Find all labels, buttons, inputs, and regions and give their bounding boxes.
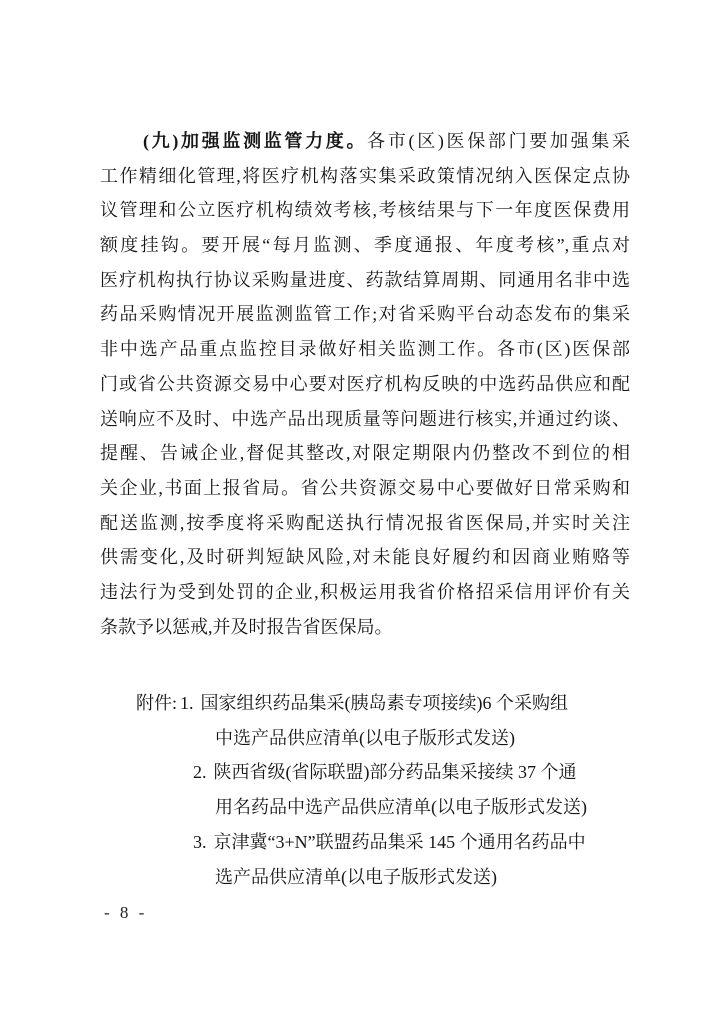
attachment-3-line-1: 3.京津冀“3+N”联盟药品集采 145 个通用名药品中 bbox=[193, 825, 586, 860]
main-paragraph: (九)加强监测监管力度。各市(区)医保部门要加强集采 工作精细化管理,将医疗机构… bbox=[100, 124, 630, 644]
attachment-2-line-2: 用名药品中选产品供应清单(以电子版形式发送) bbox=[215, 790, 587, 825]
paragraph-line-3: 议管理和公立医疗机构绩效考核,考核结果与下一年度医保费用 bbox=[100, 193, 630, 228]
paragraph-line-11: 关企业,书面上报省局。省公共资源交易中心要做好日常采购和 bbox=[100, 471, 630, 506]
attachment-3-text: 京津冀“3+N”联盟药品集采 145 个通用名药品中 bbox=[214, 832, 586, 852]
paragraph-line-6: 药品采购情况开展监测监管工作;对省采购平台动态发布的集采 bbox=[100, 297, 630, 332]
paragraph-line-14: 违法行为受到处罚的企业,积极运用我省价格招采信用评价有关 bbox=[100, 575, 630, 610]
section-heading: (九)加强监测监管力度。 bbox=[143, 131, 367, 151]
attachment-2-line-1: 2.陕西省级(省际联盟)部分药品集采接续 37 个通 bbox=[193, 755, 577, 790]
attachments-label: 附件: bbox=[136, 693, 177, 713]
paragraph-line-13: 供需变化,及时研判短缺风险,对未能良好履约和因商业贿赂等 bbox=[100, 540, 630, 575]
attachment-2-number: 2. bbox=[193, 762, 207, 782]
paragraph-line-1-text: 各市(区)医保部门要加强集采 bbox=[367, 131, 630, 151]
page-number: - 8 - bbox=[104, 903, 147, 923]
document-page: (九)加强监测监管力度。各市(区)医保部门要加强集采 工作精细化管理,将医疗机构… bbox=[0, 0, 720, 1019]
attachment-1-number: 1. bbox=[180, 693, 194, 713]
paragraph-line-8: 门或省公共资源交易中心要对医疗机构反映的中选药品供应和配 bbox=[100, 367, 630, 402]
attachment-1-text: 国家组织药品集采(胰岛素专项接续)6 个采购组 bbox=[201, 693, 569, 713]
paragraph-line-4: 额度挂钩。要开展“每月监测、季度通报、年度考核”,重点对 bbox=[100, 228, 630, 263]
attachment-3-line-2: 选产品供应清单(以电子版形式发送) bbox=[215, 860, 497, 895]
paragraph-line-2: 工作精细化管理,将医疗机构落实集采政策情况纳入医保定点协 bbox=[100, 159, 630, 194]
attachment-1-line-1: 附件:1.国家组织药品集采(胰岛素专项接续)6 个采购组 bbox=[136, 686, 568, 721]
attachment-2-text: 陕西省级(省际联盟)部分药品集采接续 37 个通 bbox=[214, 762, 577, 782]
paragraph-line-5: 医疗机构执行协议采购量进度、药款结算周期、同通用名非中选 bbox=[100, 263, 630, 298]
paragraph-line-10: 提醒、告诫企业,督促其整改,对限定期限内仍整改不到位的相 bbox=[100, 436, 630, 471]
attachment-3-number: 3. bbox=[193, 832, 207, 852]
paragraph-line-12: 配送监测,按季度将采购配送执行情况报省医保局,并实时关注 bbox=[100, 506, 630, 541]
attachment-1-line-2: 中选产品供应清单(以电子版形式发送) bbox=[215, 721, 515, 756]
paragraph-line-1: (九)加强监测监管力度。各市(区)医保部门要加强集采 bbox=[100, 124, 630, 159]
paragraph-line-15: 条款予以惩戒,并及时报告省医保局。 bbox=[100, 610, 630, 645]
paragraph-line-9: 送响应不及时、中选产品出现质量等问题进行核实,并通过约谈、 bbox=[100, 402, 630, 437]
paragraph-line-7: 非中选产品重点监控目录做好相关监测工作。各市(区)医保部 bbox=[100, 332, 630, 367]
